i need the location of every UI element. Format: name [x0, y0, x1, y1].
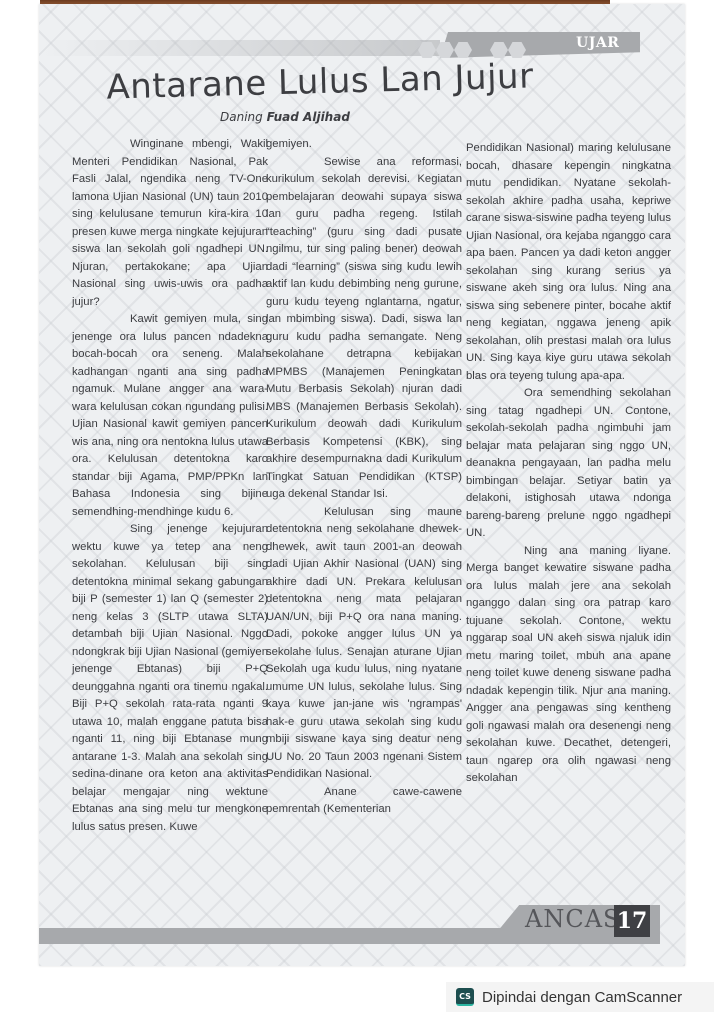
byline-prefix: Daning: [220, 110, 263, 124]
paragraph: Kawit gemiyen mula, sing jenenge ora lul…: [72, 311, 268, 521]
article-column-1: Winginane mbengi, Wakil Menteri Pendidik…: [72, 136, 268, 836]
paragraph: Pendidikan Nasional) maring kelulusane b…: [466, 140, 671, 385]
author-name: Fuad Aljihad: [267, 110, 350, 124]
paragraph: Ning ana maning liyane. Merga banget kew…: [466, 543, 671, 788]
paragraph: Sewise ana reformasi, kurikulum sekolah …: [266, 154, 462, 504]
camscanner-watermark: CS Dipindai dengan CamScanner: [446, 982, 714, 1012]
page-number: 17: [614, 905, 650, 937]
article-column-3: Pendidikan Nasional) maring kelulusane b…: [466, 140, 671, 788]
camscanner-logo-icon: CS: [456, 988, 474, 1006]
header-ribbon: [40, 40, 440, 56]
magazine-name: ANCAS: [525, 905, 620, 933]
paragraph: Kelulusan sing maune detentokna neng sek…: [266, 504, 462, 784]
paragraph: Ora semendhing sekolahan sing tatag ngad…: [466, 385, 671, 543]
paragraph: Anane cawe-cawene pemrentah (Kementerian: [266, 784, 462, 819]
article-byline: Daning Fuad Aljihad: [220, 110, 350, 124]
article-column-2: gemiyen. Sewise ana reformasi, kurikulum…: [266, 136, 462, 819]
watermark-text: Dipindai dengan CamScanner: [482, 989, 682, 1006]
paragraph: gemiyen.: [266, 136, 462, 154]
paragraph: Winginane mbengi, Wakil Menteri Pendidik…: [72, 136, 268, 311]
section-label: UJAR: [576, 35, 619, 51]
paragraph: Sing jenenge kejujuran wektu kuwe ya tet…: [72, 521, 268, 836]
